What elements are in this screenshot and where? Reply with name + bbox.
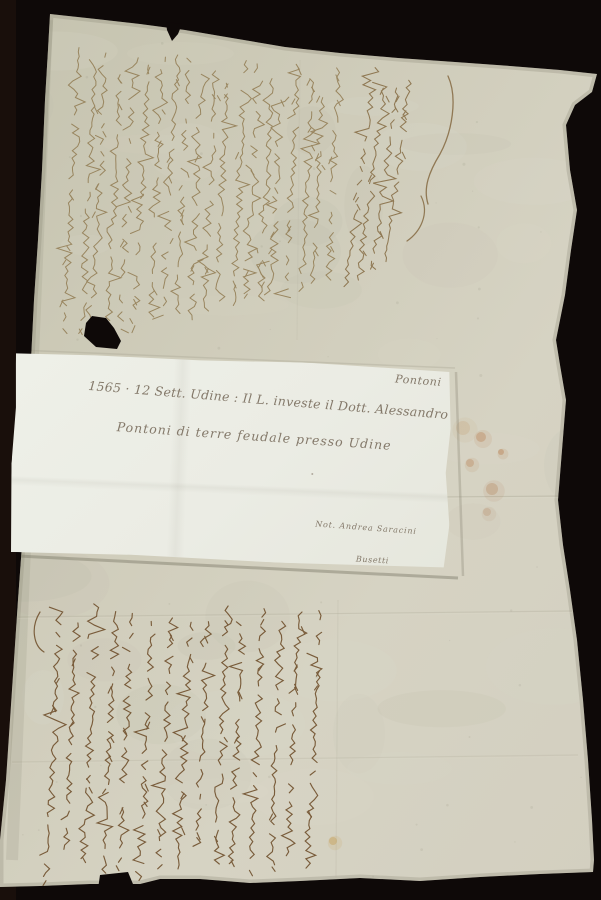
archival-label-slip: Pontoni 1565 · 12 Sett. Udine : Il L. in… [8,351,456,569]
label-annotation-name: Pontoni [395,372,442,388]
photo-stage: Pontoni 1565 · 12 Sett. Udine : Il L. in… [0,0,601,900]
label-notary-line: Not. Andrea Saracini [315,519,417,536]
label-subject-line: Pontoni di terre feudale presso Udine [116,419,392,453]
label-secondary-note: Busetti [356,555,390,566]
label-ink-speck [311,473,313,475]
